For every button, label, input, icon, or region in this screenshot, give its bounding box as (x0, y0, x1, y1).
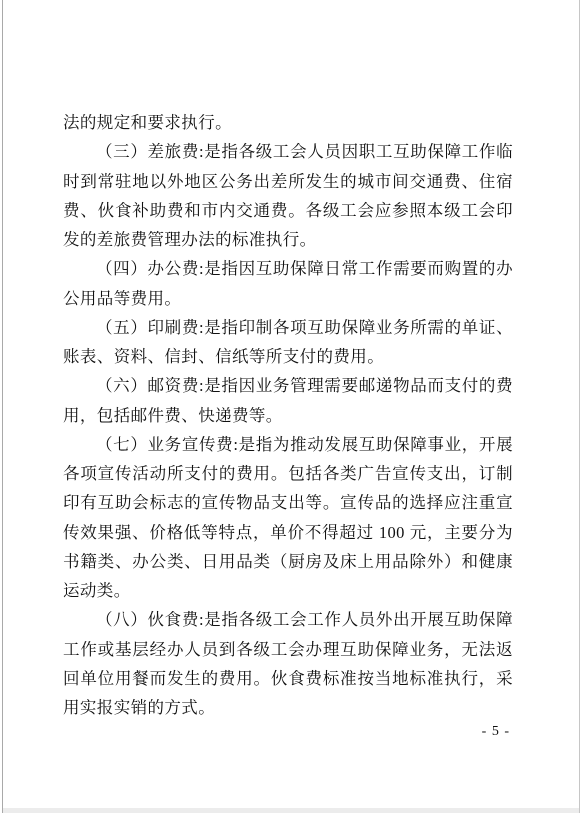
paragraph-item-8-meal-expense: （八）伙食费:是指各级工会工作人员外出开展互助保障工作或基层经办人员到各级工会办… (63, 605, 513, 722)
page-number: - 5 - (380, 724, 510, 740)
page-left-edge-line (2, 0, 3, 813)
paragraph-item-3-travel-expense: （三）差旅费:是指各级工会人员因职工互助保障工作临时到常驻地以外地区公务出差所发… (63, 137, 513, 254)
paragraph-item-6-postage-expense: （六）邮资费:是指因业务管理需要邮递物品而支付的费用，包括邮件费、快递费等。 (63, 371, 513, 430)
paragraph-item-7-publicity-expense: （七）业务宣传费:是指为推动发展互助保障事业，开展各项宣传活动所支付的费用。包括… (63, 430, 513, 606)
paragraph-item-5-printing-expense: （五）印刷费:是指印制各项互助保障业务所需的单证、账表、资料、信封、信纸等所支付… (63, 313, 513, 372)
page-bottom-edge (3, 808, 579, 813)
paragraph-continuation: 法的规定和要求执行。 (63, 108, 513, 137)
document-body-text: 法的规定和要求执行。 （三）差旅费:是指各级工会人员因职工互助保障工作临时到常驻… (63, 108, 513, 722)
document-page: 法的规定和要求执行。 （三）差旅费:是指各级工会人员因职工互助保障工作临时到常驻… (0, 0, 584, 813)
paragraph-item-4-office-expense: （四）办公费:是指因互助保障日常工作需要而购置的办公用品等费用。 (63, 254, 513, 313)
page-right-edge-line (579, 0, 580, 813)
